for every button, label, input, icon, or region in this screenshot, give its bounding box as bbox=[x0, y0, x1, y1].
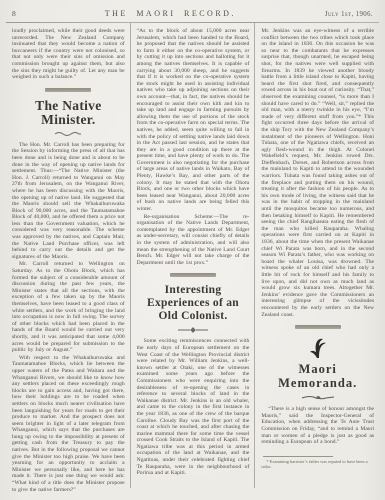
section-divider-bar bbox=[295, 325, 341, 329]
diamond-rule-ornament-icon bbox=[176, 327, 210, 333]
masthead-title: THE MAORI RECORD. bbox=[105, 9, 236, 18]
article-title-maori-memoranda: Maori Memoranda. bbox=[261, 362, 374, 390]
swirl-ornament-icon bbox=[300, 394, 336, 401]
paragraph: Mr. Jenkins was an eye-witness of a terr… bbox=[261, 28, 374, 318]
right-column: Mr. Jenkins was an eye-witness of a terr… bbox=[254, 23, 379, 488]
article-title-old-colonist: Interesting Experiences of an Old Coloni… bbox=[137, 284, 250, 323]
paragraph: “As to the block of about 15,000 acres n… bbox=[137, 28, 250, 213]
footnote-text: * Examining barrister’s father was reput… bbox=[261, 459, 374, 470]
footnote-rule bbox=[263, 456, 333, 457]
paragraph: “There is a high sense of honour amongst… bbox=[261, 406, 374, 446]
masthead-row: 8 THE MAORI RECORD. July 1st, 1906. bbox=[0, 0, 385, 20]
section-divider-bar bbox=[170, 273, 216, 277]
continuation-paragraph: loudly proclaimed, while their good deed… bbox=[12, 28, 125, 81]
column-layout: loudly proclaimed, while their good deed… bbox=[0, 23, 385, 488]
paragraph: With respect to the Whakaihuruwaka and T… bbox=[12, 355, 125, 493]
newspaper-page: 8 THE MAORI RECORD. July 1st, 1906. loud… bbox=[0, 0, 385, 500]
left-column: loudly proclaimed, while their good deed… bbox=[6, 23, 130, 488]
section-divider-bar bbox=[45, 88, 91, 92]
paragraph: Re-organisation Scheme:—The re-organisat… bbox=[137, 214, 250, 267]
issue-date: July 1st, 1906. bbox=[325, 11, 373, 18]
paragraph: Mr. Carroll returned to Wellington on Sa… bbox=[12, 261, 125, 353]
bird-flourish-ornament-icon bbox=[307, 336, 329, 360]
paragraph: The Hon. Mr. Carroll has been preparing … bbox=[12, 142, 125, 261]
paragraph: Some exciting reminiscences connected wi… bbox=[137, 338, 250, 476]
article-title-native-minister: The Native Minister. bbox=[12, 99, 125, 127]
footnote-block: * Examining barrister’s father was reput… bbox=[261, 456, 374, 470]
page-number: 8 bbox=[12, 9, 16, 18]
middle-column: “As to the block of about 15,000 acres n… bbox=[130, 23, 255, 488]
squiggle-ornament-icon bbox=[54, 131, 82, 137]
